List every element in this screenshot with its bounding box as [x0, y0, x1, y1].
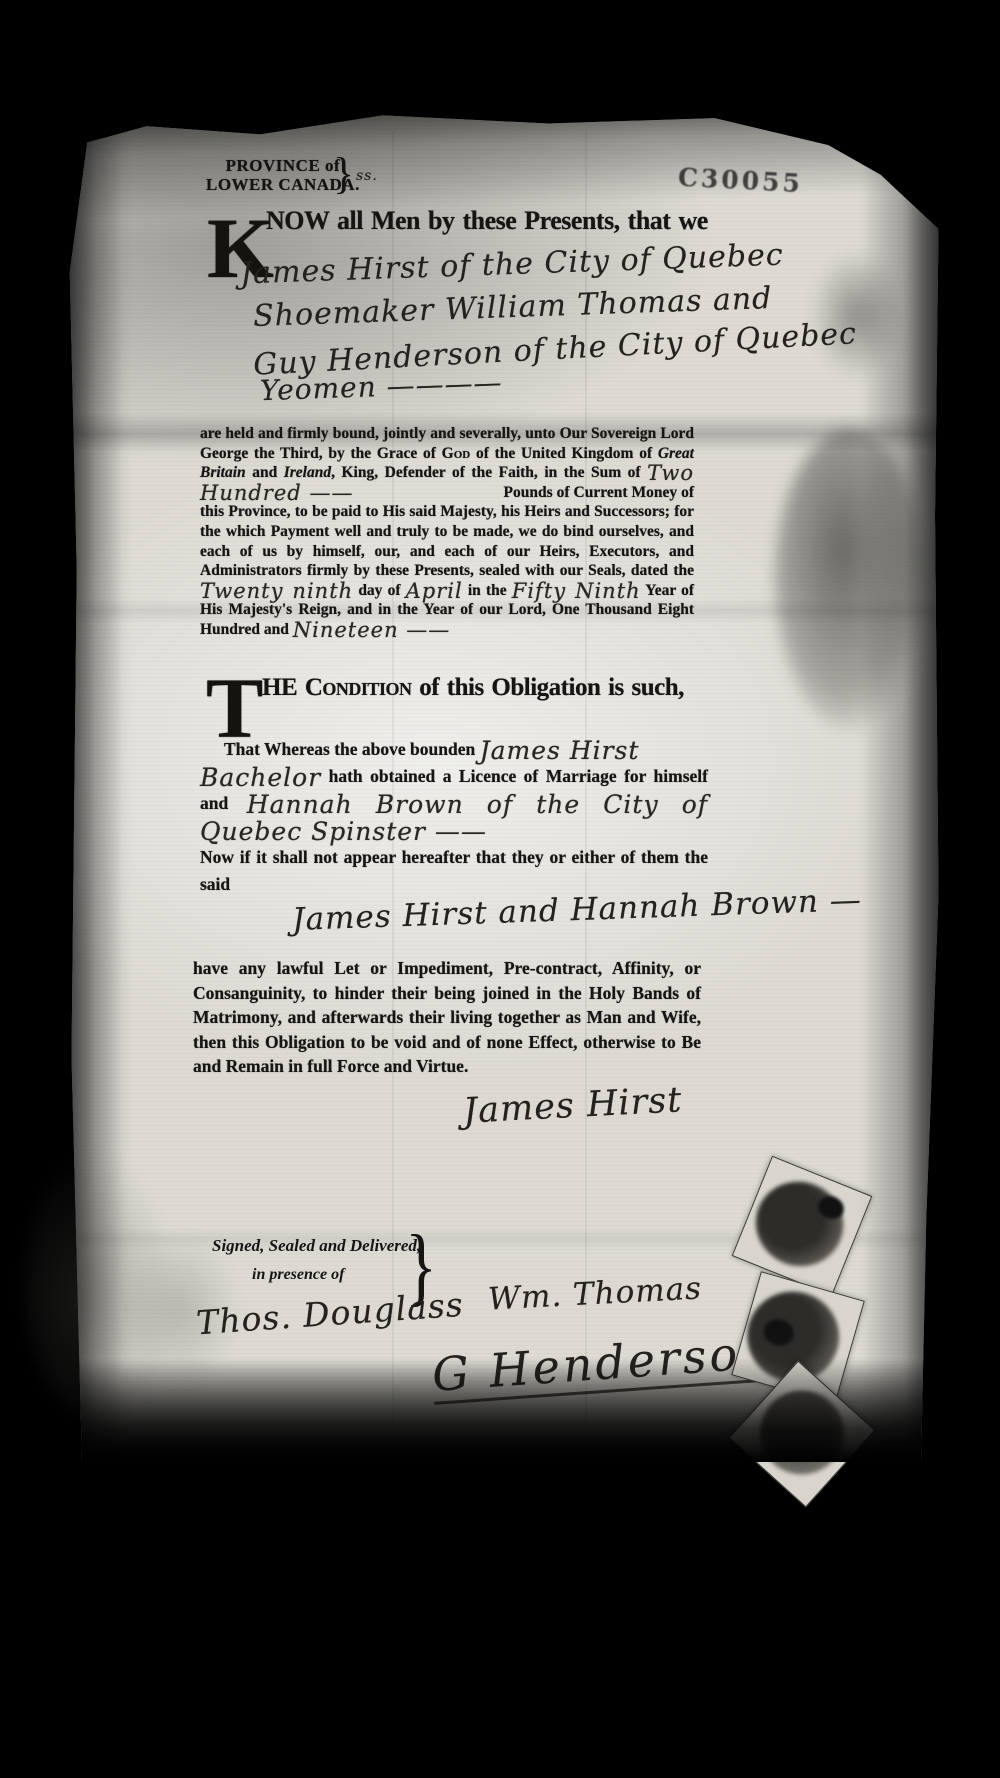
photo-background: PROVINCE of LOWER CANADA. } ss. C30055 K…	[0, 0, 1000, 1778]
venue-brace: }	[333, 148, 354, 199]
bond-paragraph: are held and firmly bound, jointly and s…	[200, 424, 694, 640]
know-headline: NOW all Men by these Presents, that we	[266, 206, 708, 236]
venue-abbreviation: ss.	[356, 168, 378, 184]
condition-paragraph: That Whereas the above bounden James Hir…	[200, 736, 708, 898]
closing-paragraph: have any lawful Let or Impediment, Pre-c…	[193, 956, 701, 1079]
attestation-line-2: in presence of	[252, 1266, 344, 1284]
wax-blob	[743, 1169, 856, 1280]
attestation-line-1: Signed, Sealed and Delivered,	[212, 1236, 421, 1256]
dropcap-T: T	[206, 672, 263, 744]
condition-headline: HE Condition of this Obligation is such,	[262, 674, 684, 702]
